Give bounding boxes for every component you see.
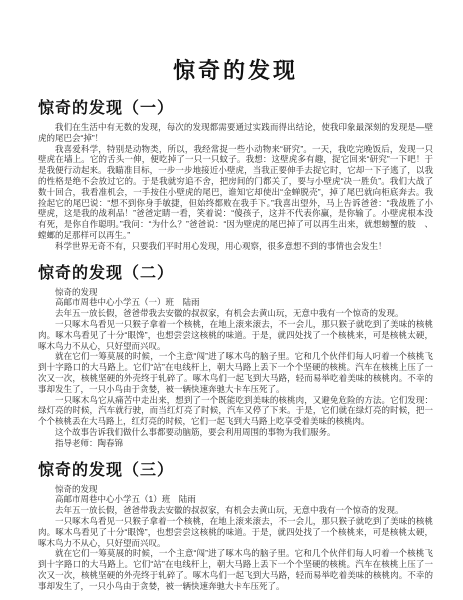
section-2-subtitle: 惊奇的发现 [38, 287, 433, 298]
section-3-byline: 高邮市周巷中心小学五（1）班 陆雨 [38, 494, 433, 505]
section-2-paragraph: 一只啄木鸟它从痛苦中走出来，想到了一个既能吃到美味的核桃肉，又避免危险的方法。它… [38, 395, 433, 427]
section-1-paragraph: 科学世界无奇不有，只要我们平时用心发现，用心观察，很多意想不到的事情也会发生！ [38, 241, 433, 252]
section-1-paragraph: 我喜爱科学，特别是动物类，所以，我经常捉一些小动物来“研究”。一天，我吃完晚饭后… [38, 144, 433, 241]
section-2-paragraph: 一只啄木鸟看见一只猴子拿着一个核桃，在地上滚来滚去，不一会儿，那只猴子就吃到了美… [38, 319, 433, 351]
document-page: 惊奇的发现 惊奇的发现（一） 我们在生活中有无数的发现，每次的发现都需要通过实践… [0, 0, 463, 600]
document-content: 惊奇的发现 惊奇的发现（一） 我们在生活中有无数的发现，每次的发现都需要通过实践… [0, 0, 463, 591]
page-title: 惊奇的发现 [38, 54, 433, 85]
section-3-paragraph: 一只啄木鸟看见一只猴子拿着一个核桃，在地上滚来滚去，不一会儿，那只猴子就吃到了美… [38, 516, 433, 548]
section-2-teacher-credit: 指导老师：陶春锦 [38, 438, 433, 449]
section-3-paragraph: 去年五一放长假，爸爸带我去安徽的叔叔家，有机会去黄山玩，无意中我有一个惊奇的发现… [38, 505, 433, 516]
section-3-paragraph: 就在它们一筹莫展的时候，一个主意“闯”进了啄木鸟的脑子里。它和几个伙伴们每人叼着… [38, 548, 433, 591]
section-2-heading: 惊奇的发现（二） [38, 260, 433, 283]
section-2-paragraph: 就在它们一筹莫展的时候，一个主意“闯”进了啄木鸟的脑子里。它和几个伙伴们每人叼着… [38, 351, 433, 394]
section-1-paragraph: 我们在生活中有无数的发现，每次的发现都需要通过实践而得出结论，使我印象最深刻的发… [38, 122, 433, 144]
section-2-paragraph: 这个故事告诉我们做什么事都要动脑筋，要会利用周围的事物为我们服务。 [38, 427, 433, 438]
section-2-byline: 高邮市周巷中心小学五（一）班 陆雨 [38, 297, 433, 308]
section-3-subtitle: 惊奇的发现 [38, 484, 433, 495]
section-3-heading: 惊奇的发现（三） [38, 457, 433, 480]
section-2-paragraph: 去年五一放长假，爸爸带我去安徽的叔叔家，有机会去黄山玩，无意中我有一个惊奇的发现… [38, 308, 433, 319]
section-1-heading: 惊奇的发现（一） [38, 95, 433, 118]
